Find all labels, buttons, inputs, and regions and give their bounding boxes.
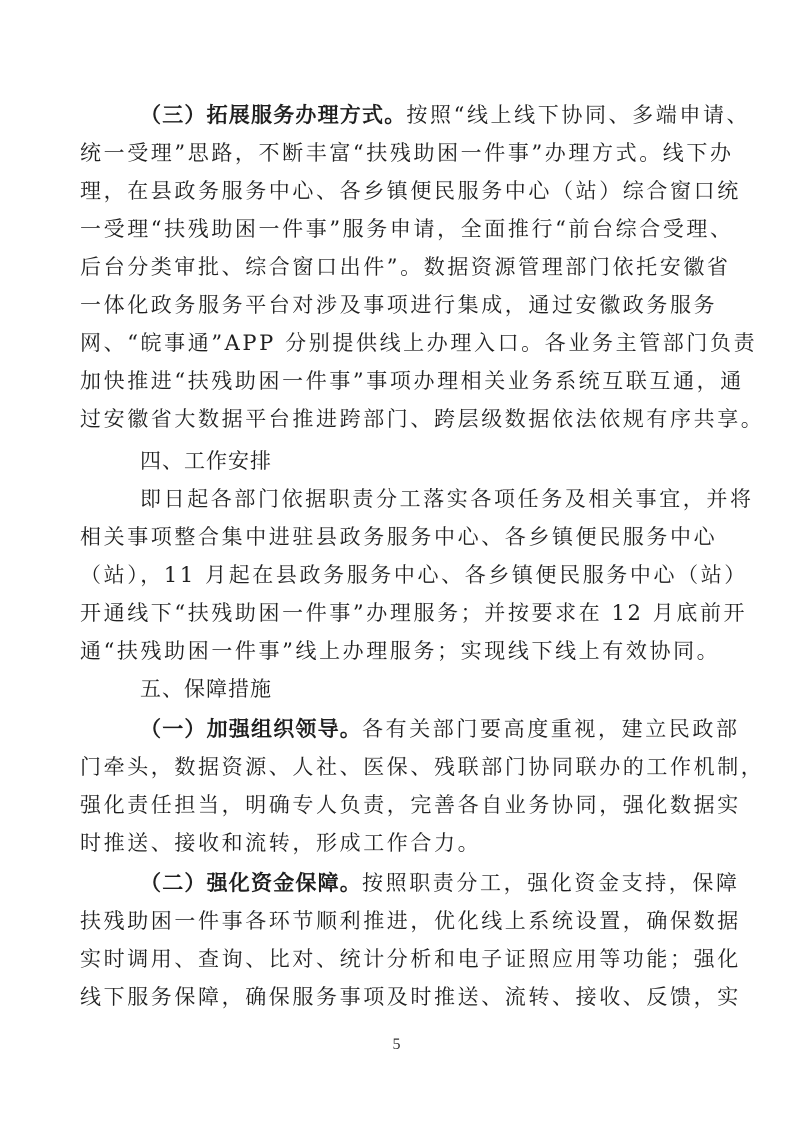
paragraph-line: 门牵头，数据资源、人社、医保、残联部门协同联办的工作机制， bbox=[80, 748, 716, 786]
paragraph-line: 实时调用、查询、比对、统计分析和电子证照应用等功能；强化 bbox=[80, 940, 716, 978]
paragraph-text: 各有关部门要高度重视，建立民政部 bbox=[362, 717, 740, 741]
paragraph-text: 按照职责分工，强化资金支持，保障 bbox=[362, 871, 740, 895]
paragraph-line: 一受理“扶残助困一件事”服务申请，全面推行“前台综合受理、 bbox=[80, 210, 716, 248]
paragraph-line: 通“扶残助困一件事”线上办理服务；实现线下线上有效协同。 bbox=[80, 632, 716, 670]
paragraph-line: 时推送、接收和流转，形成工作合力。 bbox=[80, 824, 716, 862]
paragraph-line: 线下服务保障，确保服务事项及时推送、流转、接收、反馈，实 bbox=[80, 978, 716, 1016]
section-bold-title: （二）强化资金保障。 bbox=[140, 871, 362, 895]
paragraph-line: （三）拓展服务办理方式。按照“线上线下协同、多端申请、 bbox=[140, 96, 716, 134]
paragraph-line: 统一受理”思路，不断丰富“扶残助困一件事”办理方式。线下办 bbox=[80, 134, 716, 172]
paragraph-line: 相关事项整合集中进驻县政务服务中心、各乡镇便民服务中心 bbox=[80, 518, 716, 556]
paragraph-line: 一体化政务服务平台对涉及事项进行集成，通过安徽政务服务 bbox=[80, 286, 716, 324]
paragraph-line: 理，在县政务服务中心、各乡镇便民服务中心（站）综合窗口统 bbox=[80, 172, 716, 210]
paragraph-line: 后台分类审批、综合窗口出件”。数据资源管理部门依托安徽省 bbox=[80, 248, 716, 286]
paragraph-line: 扶残助困一件事各环节顺利推进，优化线上系统设置，确保数据 bbox=[80, 902, 716, 940]
paragraph-line: （站），11 月起在县政务服务中心、各乡镇便民服务中心（站） bbox=[80, 556, 716, 594]
paragraph-line: （二）强化资金保障。按照职责分工，强化资金支持，保障 bbox=[140, 864, 716, 902]
paragraph-text: 按照“线上线下协同、多端申请、 bbox=[406, 103, 750, 127]
section-bold-title: （一）加强组织领导。 bbox=[140, 717, 362, 741]
section-heading-work-arrangement: 四、工作安排 bbox=[140, 442, 716, 480]
paragraph-line: 加快推进“扶残助困一件事”事项办理相关业务系统互联互通，通 bbox=[80, 362, 716, 400]
paragraph-line: 即日起各部门依据职责分工落实各项任务及相关事宜，并将 bbox=[140, 480, 716, 518]
document-page: （三）拓展服务办理方式。按照“线上线下协同、多端申请、 统一受理”思路，不断丰富… bbox=[0, 0, 793, 1122]
section-bold-title: （三）拓展服务办理方式。 bbox=[140, 103, 406, 127]
paragraph-line: 开通线下“扶残助困一件事”办理服务；并按要求在 12 月底前开 bbox=[80, 594, 716, 632]
section-heading-safeguard-measures: 五、保障措施 bbox=[140, 670, 716, 708]
paragraph-line: 网、“皖事通”APP 分别提供线上办理入口。各业务主管部门负责 bbox=[80, 324, 716, 362]
page-number: 5 bbox=[0, 1036, 793, 1054]
paragraph-line: 过安徽省大数据平台推进跨部门、跨层级数据依法依规有序共享。 bbox=[80, 400, 716, 438]
paragraph-line: （一）加强组织领导。各有关部门要高度重视，建立民政部 bbox=[140, 710, 716, 748]
paragraph-line: 强化责任担当，明确专人负责，完善各自业务协同，强化数据实 bbox=[80, 786, 716, 824]
